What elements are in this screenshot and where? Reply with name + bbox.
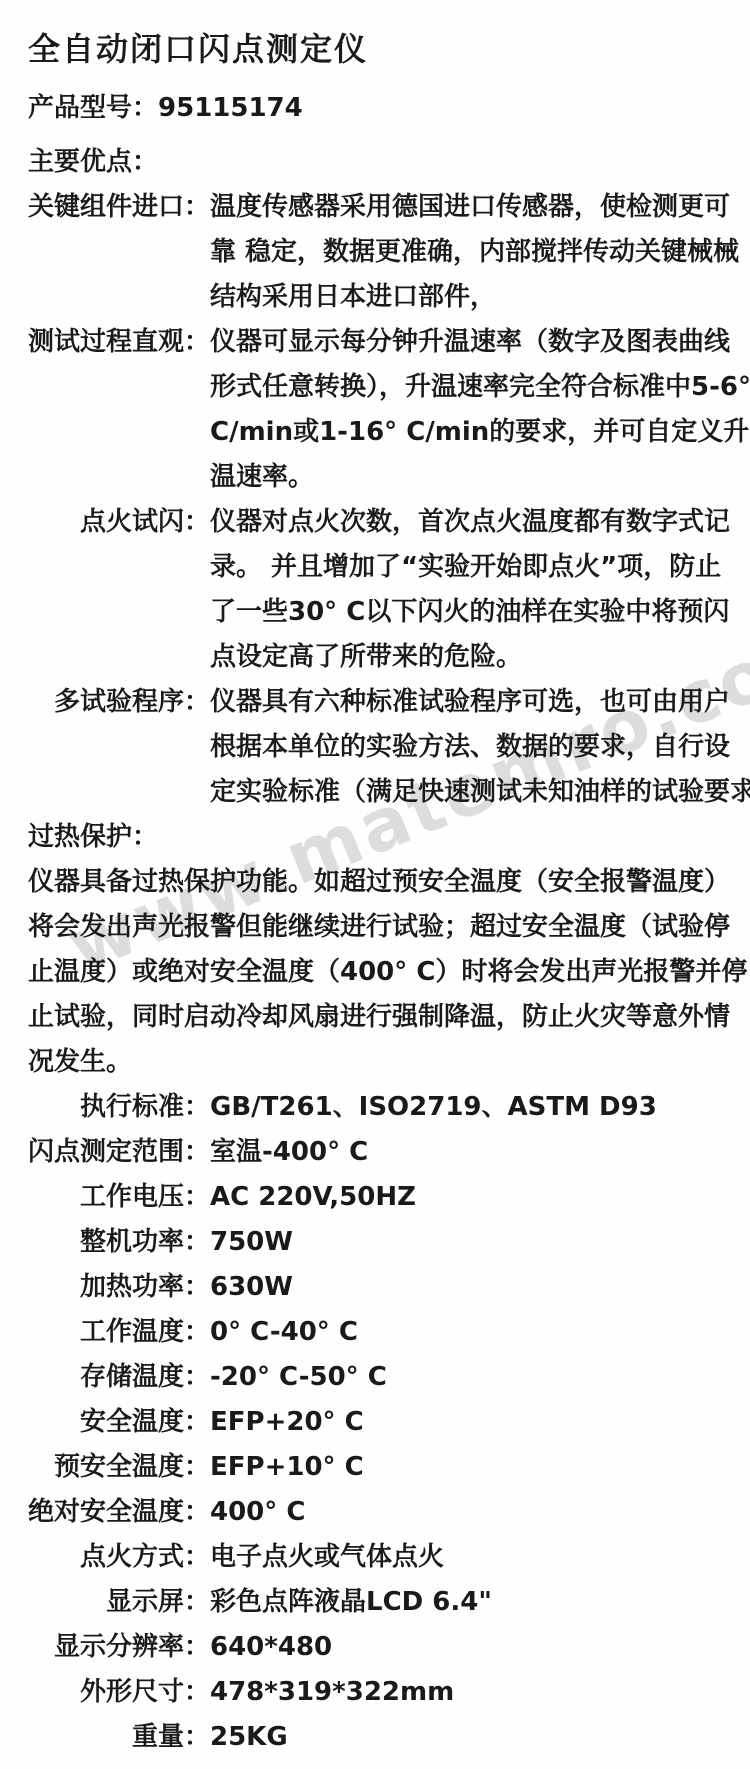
- spec-row-absolute-safety-temp: 绝对安全温度： 400° C: [28, 1490, 750, 1535]
- spec-label: 工作电压：: [28, 1175, 210, 1220]
- spec-row-ignition-mode: 点火方式： 电子点火或气体点火: [28, 1535, 750, 1580]
- feature-text-line: 仪器可显示每分钟升温速率（数字及图表曲线: [210, 320, 750, 365]
- spec-value: 630W: [210, 1265, 750, 1310]
- product-model-label: 产品型号：: [28, 93, 158, 123]
- spec-value: EFP+10° C: [210, 1445, 750, 1490]
- spec-value: 彩色点阵液晶LCD 6.4": [210, 1580, 750, 1625]
- spec-row-flashpoint-range: 闪点测定范围： 室温-400° C: [28, 1130, 750, 1175]
- spec-value: 电子点火或气体点火: [210, 1535, 750, 1580]
- feature-label: 点火试闪：: [28, 500, 210, 545]
- features-list: 关键组件进口： 温度传感器采用德国进口传感器，使检测更可 靠 稳定，数据更准确，…: [28, 185, 750, 1760]
- spec-row-heating-power: 加热功率： 630W: [28, 1265, 750, 1310]
- spec-row-safety-temp: 安全温度： EFP+20° C: [28, 1400, 750, 1445]
- spec-row-voltage: 工作电压： AC 220V,50HZ: [28, 1175, 750, 1220]
- spec-value: 0° C-40° C: [210, 1310, 750, 1355]
- features-heading: 主要优点：: [28, 142, 750, 182]
- spec-value: 400° C: [210, 1490, 750, 1535]
- feature-text: 仪器对点火次数，首次点火温度都有数字式记 录。 并且增加了“实验开始即点火”项，…: [210, 500, 750, 680]
- feature-text-line: 录。 并且增加了“实验开始即点火”项，防止: [210, 545, 750, 590]
- spec-label: 重量：: [28, 1715, 210, 1760]
- spec-label: 执行标准：: [28, 1085, 210, 1130]
- page-title: 全自动闭口闪点测定仪: [28, 26, 750, 72]
- spec-label: 存储温度：: [28, 1355, 210, 1400]
- product-spec-document: www.matemro.com 全自动闭口闪点测定仪 产品型号：95115174…: [0, 0, 750, 1769]
- paragraph-line: 仪器具备过热保护功能。如超过预安全温度（安全报警温度）: [28, 860, 750, 905]
- feature-label: 关键组件进口：: [28, 185, 210, 230]
- spec-label: 显示屏：: [28, 1580, 210, 1625]
- spec-value: EFP+20° C: [210, 1400, 750, 1445]
- spec-value: 室温-400° C: [210, 1130, 750, 1175]
- feature-text-line: 形式任意转换），升温速率完全符合标准中5-6°: [210, 365, 750, 410]
- spec-label: 绝对安全温度：: [28, 1490, 210, 1535]
- feature-text-line: 结构采用日本进口部件，: [210, 275, 750, 320]
- spec-row-storage-temp: 存储温度： -20° C-50° C: [28, 1355, 750, 1400]
- spec-row-dimensions: 外形尺寸： 478*319*322mm: [28, 1670, 750, 1715]
- spec-label: 工作温度：: [28, 1310, 210, 1355]
- feature-text-line: 仪器对点火次数，首次点火温度都有数字式记: [210, 500, 750, 545]
- feature-row-intuitive-testing: 测试过程直观： 仪器可显示每分钟升温速率（数字及图表曲线 形式任意转换），升温速…: [28, 320, 750, 500]
- spec-label: 显示分辨率：: [28, 1625, 210, 1670]
- feature-row-imported-components: 关键组件进口： 温度传感器采用德国进口传感器，使检测更可 靠 稳定，数据更准确，…: [28, 185, 750, 320]
- spec-label: 安全温度：: [28, 1400, 210, 1445]
- feature-text: 仪器可显示每分钟升温速率（数字及图表曲线 形式任意转换），升温速率完全符合标准中…: [210, 320, 750, 500]
- paragraph-line: 止试验，同时启动冷却风扇进行强制降温，防止火灾等意外情: [28, 995, 750, 1040]
- product-model-line: 产品型号：95115174: [28, 88, 750, 128]
- spec-value: 478*319*322mm: [210, 1670, 750, 1715]
- paragraph-line: 将会发出声光报警但能继续进行试验；超过安全温度（试验停: [28, 905, 750, 950]
- spec-value: 750W: [210, 1220, 750, 1265]
- spec-row-standard: 执行标准： GB/T261、ISO2719、ASTM D93: [28, 1085, 750, 1130]
- spec-label: 闪点测定范围：: [28, 1130, 210, 1175]
- feature-text-line: 仪器具有六种标准试验程序可选，也可由用户: [210, 680, 750, 725]
- spec-value: 25KG: [210, 1715, 750, 1760]
- spec-row-total-power: 整机功率： 750W: [28, 1220, 750, 1265]
- feature-text-line: 点设定高了所带来的危险。: [210, 635, 750, 680]
- spec-value: 640*480: [210, 1625, 750, 1670]
- paragraph-line: 况发生。: [28, 1040, 750, 1085]
- feature-text-line: 靠 稳定，数据更准确，内部搅拌传动关键械械: [210, 230, 750, 275]
- feature-text-line: 温度传感器采用德国进口传感器，使检测更可: [210, 185, 750, 230]
- spec-table: 执行标准： GB/T261、ISO2719、ASTM D93 闪点测定范围： 室…: [28, 1085, 750, 1760]
- product-model-value: 95115174: [158, 93, 303, 123]
- spec-value: AC 220V,50HZ: [210, 1175, 750, 1220]
- spec-label: 点火方式：: [28, 1535, 210, 1580]
- spec-label: 预安全温度：: [28, 1445, 210, 1490]
- overheat-protection-paragraph: 仪器具备过热保护功能。如超过预安全温度（安全报警温度） 将会发出声光报警但能继续…: [28, 860, 750, 1085]
- feature-text-line: 温速率。: [210, 455, 750, 500]
- spec-label: 整机功率：: [28, 1220, 210, 1265]
- spec-row-pre-safety-temp: 预安全温度： EFP+10° C: [28, 1445, 750, 1490]
- feature-row-multi-test-programs: 多试验程序： 仪器具有六种标准试验程序可选，也可由用户 根据本单位的实验方法、数…: [28, 680, 750, 815]
- feature-text-line: C/min或1-16° C/min的要求，并可自定义升: [210, 410, 750, 455]
- feature-row-ignition-flash: 点火试闪： 仪器对点火次数，首次点火温度都有数字式记 录。 并且增加了“实验开始…: [28, 500, 750, 680]
- feature-label: 测试过程直观：: [28, 320, 210, 365]
- feature-text-line: 根据本单位的实验方法、数据的要求，自行设: [210, 725, 750, 770]
- spec-label: 加热功率：: [28, 1265, 210, 1310]
- spec-value: -20° C-50° C: [210, 1355, 750, 1400]
- feature-text: 仪器具有六种标准试验程序可选，也可由用户 根据本单位的实验方法、数据的要求，自行…: [210, 680, 750, 815]
- paragraph-line: 止温度）或绝对安全温度（400° C）时将会发出声光报警并停: [28, 950, 750, 995]
- spec-row-display: 显示屏： 彩色点阵液晶LCD 6.4": [28, 1580, 750, 1625]
- spec-label: 外形尺寸：: [28, 1670, 210, 1715]
- feature-label: 多试验程序：: [28, 680, 210, 725]
- spec-row-resolution: 显示分辨率： 640*480: [28, 1625, 750, 1670]
- spec-value: GB/T261、ISO2719、ASTM D93: [210, 1085, 750, 1130]
- spec-row-weight: 重量： 25KG: [28, 1715, 750, 1760]
- feature-text-line: 了一些30° C以下闪火的油样在实验中将预闪: [210, 590, 750, 635]
- overheat-protection-heading: 过热保护：: [28, 815, 750, 860]
- feature-text-line: 定实验标准（满足快速测试未知油样的试验要求）: [210, 770, 750, 815]
- feature-text: 温度传感器采用德国进口传感器，使检测更可 靠 稳定，数据更准确，内部搅拌传动关键…: [210, 185, 750, 320]
- document-content: 全自动闭口闪点测定仪 产品型号：95115174 主要优点： 关键组件进口： 温…: [0, 0, 750, 1760]
- spec-row-working-temp: 工作温度： 0° C-40° C: [28, 1310, 750, 1355]
